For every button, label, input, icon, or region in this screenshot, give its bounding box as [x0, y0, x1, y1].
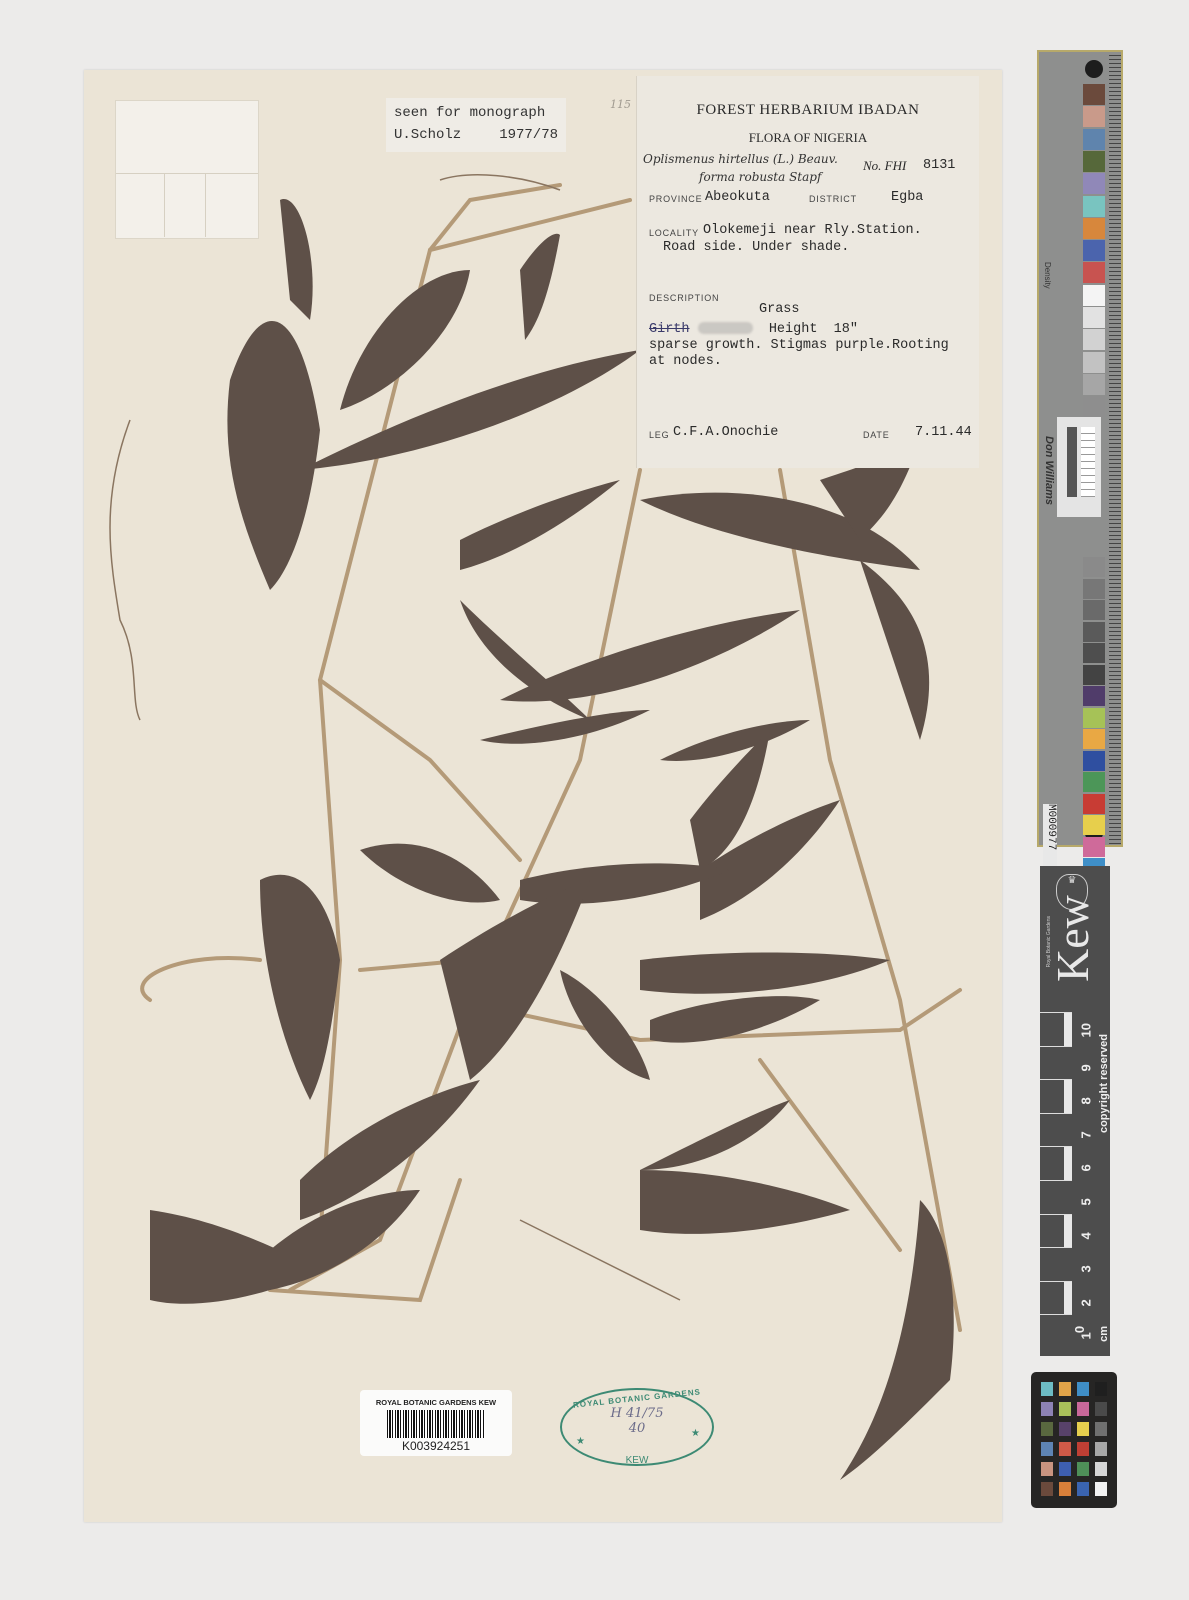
color-patch — [1083, 396, 1105, 417]
girth-label: Girth — [649, 322, 690, 337]
ruler-segment — [1040, 1113, 1072, 1147]
specimen-number: 8131 — [923, 158, 955, 173]
ruler-tick-label: 3 — [1079, 1253, 1094, 1273]
chart-id: M000977 — [1043, 804, 1057, 874]
checker-patch — [1095, 1382, 1107, 1396]
flora-title: FLORA OF NIGERIA — [637, 130, 979, 146]
province-label: PROVINCE — [649, 194, 702, 204]
kew-stamp: ROYAL BOTANIC GARDENS H 41/75 40 ★ ★ KEW — [560, 1388, 714, 1466]
color-patch — [1083, 622, 1105, 642]
checker-patch — [1059, 1442, 1071, 1456]
color-patch — [1083, 262, 1105, 283]
district-label: DISTRICT — [809, 194, 857, 204]
ruler-brand: Kew — [1046, 895, 1099, 982]
checker-patch — [1077, 1462, 1089, 1476]
checker-patch — [1077, 1422, 1089, 1436]
checker-patch — [1041, 1382, 1053, 1396]
chart-tick-scale — [1109, 52, 1121, 845]
color-patch — [1083, 285, 1105, 306]
barcode-header: ROYAL BOTANIC GARDENS KEW — [360, 1398, 512, 1407]
barcode-icon — [387, 1410, 485, 1438]
checker-patch — [1059, 1402, 1071, 1416]
color-patch — [1083, 196, 1105, 217]
description-line2: at nodes. — [649, 354, 722, 369]
color-checker-card — [1031, 1372, 1117, 1508]
color-patch — [1083, 240, 1105, 261]
ruler-tick-label: 2 — [1079, 1286, 1094, 1306]
height-text: Height 18" — [769, 322, 858, 337]
district-value: Egba — [891, 190, 923, 205]
girth-row: Girth Height 18" — [649, 322, 858, 337]
taxon-name: Oplismenus hirtellus (L.) Beauv. — [643, 152, 838, 166]
ruler-segment — [1040, 1079, 1072, 1113]
institution-name: FOREST HERBARIUM IBADAN — [637, 102, 979, 119]
number-label: No. FHI — [863, 158, 906, 174]
ruler-tick-label: 4 — [1079, 1219, 1094, 1239]
color-patch — [1083, 352, 1105, 373]
ruler-segment — [1040, 1180, 1072, 1214]
description-label: DESCRIPTION — [649, 293, 719, 303]
color-patch — [1083, 751, 1105, 771]
ruler-scale — [1040, 1012, 1072, 1348]
ruler-segment — [1040, 1214, 1072, 1248]
color-patch — [1083, 665, 1105, 685]
date-value: 7.11.44 — [915, 425, 972, 440]
chart-brand: Don Williams — [1043, 436, 1055, 505]
color-patch — [1083, 794, 1105, 814]
description-type: Grass — [759, 302, 800, 317]
color-patch — [1083, 708, 1105, 728]
locality-line1: Olokemeji near Rly.Station. — [703, 223, 922, 238]
gray-inset — [1057, 417, 1101, 517]
checker-patch — [1095, 1422, 1107, 1436]
plant-specimen — [0, 0, 1189, 1600]
checker-patch — [1095, 1462, 1107, 1476]
ruler-tick-label: 1 — [1079, 1320, 1094, 1340]
color-patch — [1083, 129, 1105, 150]
province-value: Abeokuta — [705, 190, 770, 205]
ruler-segment — [1040, 1247, 1072, 1281]
checker-patch — [1077, 1482, 1089, 1496]
checker-patch — [1059, 1482, 1071, 1496]
stamp-hw-line1: H 41/75 — [562, 1406, 712, 1421]
collector-name: C.F.A.Onochie — [673, 425, 778, 440]
taxon-form: forma robusta Stapf — [699, 170, 821, 184]
color-patch — [1083, 686, 1105, 706]
checker-patch — [1095, 1402, 1107, 1416]
checker-patch — [1077, 1442, 1089, 1456]
ruler-segment — [1040, 1012, 1072, 1046]
color-patch — [1083, 815, 1105, 835]
ruler-segment — [1040, 1281, 1072, 1315]
star-icon: ★ — [691, 1428, 700, 1439]
ruler-tick-label: 10 — [1079, 1018, 1094, 1038]
stamp-handwriting: H 41/75 40 — [562, 1406, 712, 1436]
ruler-tick-label: 5 — [1079, 1186, 1094, 1206]
checker-patch — [1059, 1422, 1071, 1436]
checker-patch — [1059, 1382, 1071, 1396]
locality-line2: Road side. Under shade. — [663, 240, 849, 255]
color-patch — [1083, 329, 1105, 350]
collector-label: LEG — [649, 430, 669, 440]
color-patch — [1083, 729, 1105, 749]
ruler-tick-label: 7 — [1079, 1118, 1094, 1138]
description-line1: sparse growth. Stigmas purple.Rooting — [649, 338, 949, 353]
color-patch — [1083, 557, 1105, 577]
kew-scale-ruler: ♛ Royal Botanic Gardens Kew copyright re… — [1040, 866, 1110, 1356]
barcode-label: ROYAL BOTANIC GARDENS KEW K003924251 — [360, 1390, 512, 1456]
checker-patch — [1077, 1402, 1089, 1416]
date-label: DATE — [863, 430, 890, 440]
barcode-number: K003924251 — [360, 1439, 512, 1453]
color-reference-chart: Density Don Williams inches centimeters … — [1037, 50, 1123, 847]
checker-patch — [1095, 1482, 1107, 1496]
checker-patch — [1041, 1442, 1053, 1456]
color-patch — [1083, 772, 1105, 792]
checker-patch — [1041, 1402, 1053, 1416]
color-patch — [1083, 837, 1105, 857]
color-patch — [1083, 106, 1105, 127]
color-patch — [1083, 84, 1105, 105]
checker-patch — [1059, 1462, 1071, 1476]
color-patch — [1083, 579, 1105, 599]
locality-label: LOCALITY — [649, 228, 699, 238]
checker-patch — [1041, 1482, 1053, 1496]
color-patch — [1083, 173, 1105, 194]
registration-dot — [1085, 60, 1103, 78]
checker-patch — [1041, 1422, 1053, 1436]
ruler-unit: cm — [1098, 1326, 1110, 1342]
checker-patch — [1077, 1382, 1089, 1396]
checker-patch — [1095, 1442, 1107, 1456]
color-patch — [1083, 151, 1105, 172]
ruler-tick-label: 8 — [1079, 1085, 1094, 1105]
stamp-bottom-text: KEW — [562, 1455, 712, 1466]
ruler-tick-label: 9 — [1079, 1051, 1094, 1071]
color-patch — [1083, 218, 1105, 239]
star-icon: ★ — [576, 1436, 585, 1447]
checker-patch — [1041, 1462, 1053, 1476]
copyright-text: copyright reserved — [1098, 1034, 1110, 1133]
color-patch — [1083, 643, 1105, 663]
ruler-segment — [1040, 1046, 1072, 1080]
ruler-tick-label: 6 — [1079, 1152, 1094, 1172]
herbarium-label: FOREST HERBARIUM IBADAN FLORA OF NIGERIA… — [636, 76, 979, 468]
density-label: Density — [1043, 262, 1052, 289]
color-patch — [1083, 374, 1105, 395]
stamp-hw-line2: 40 — [562, 1421, 712, 1436]
color-patch — [1083, 600, 1105, 620]
ruler-segment — [1040, 1146, 1072, 1180]
ruler-segment — [1040, 1314, 1072, 1348]
color-patch — [1083, 307, 1105, 328]
smudge — [698, 322, 753, 334]
